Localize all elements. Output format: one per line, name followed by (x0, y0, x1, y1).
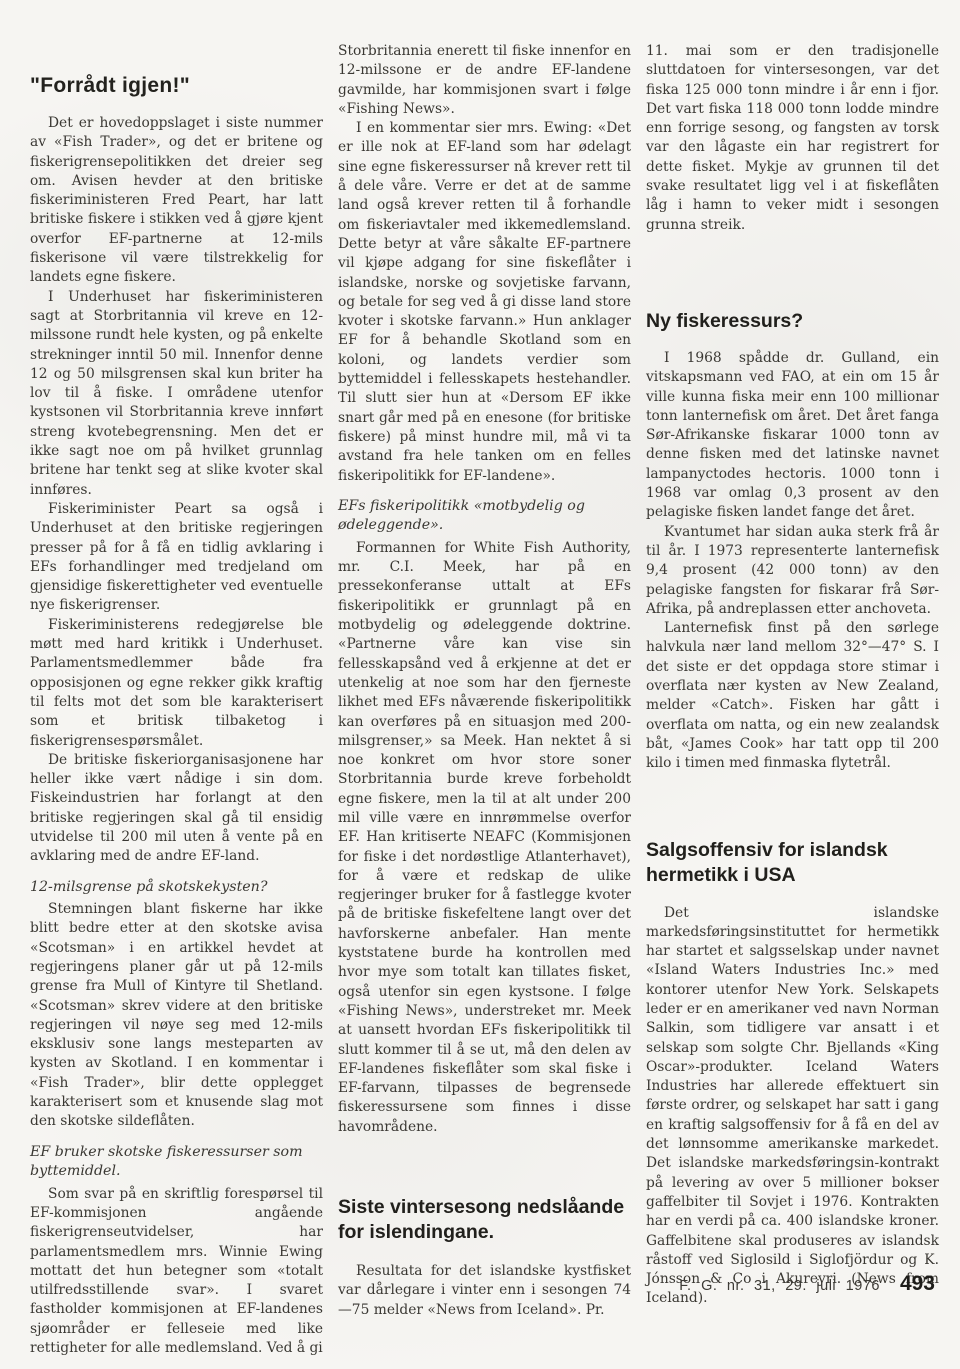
italic-subheading: EFs fiskeripolitikk «motbydelig og ødele… (338, 497, 631, 536)
paragraph: Lanternefisk finst på den sørlege halvku… (646, 619, 939, 773)
italic-subheading: EF bruker skotske fiskeressurser som byt… (30, 1143, 323, 1182)
paragraph-continuation: Storbritannia enerett til fiske innenfor… (338, 42, 631, 119)
paragraph: De britiske fiskeriorganisasjonene har h… (30, 751, 323, 867)
magazine-page: "Forrådt igjen!" Det er hovedoppslaget i… (0, 0, 960, 1369)
paragraph: I en kommentar sier mrs. Ewing: «Det er … (338, 119, 631, 486)
column-1: "Forrådt igjen!" Det er hovedoppslaget i… (30, 42, 323, 1358)
paragraph-continuation: 11. mai som er den tradisjonelle sluttda… (646, 42, 939, 235)
paragraph: Fiskeriministerens redegjørelse ble møtt… (30, 616, 323, 751)
page-number: 493 (900, 1272, 935, 1296)
section-heading: Ny fiskeressurs? (646, 309, 939, 334)
section-heading: Siste vintersesong nedslåande for islend… (338, 1195, 631, 1245)
paragraph: Fiskeriminister Peart sa også i Underhus… (30, 500, 323, 616)
column-2: Storbritannia enerett til fiske innenfor… (338, 42, 631, 1358)
paragraph: Formannen for White Fish Authority, mr. … (338, 539, 631, 1137)
paragraph: Som svar på en skriftlig forespørsel til… (30, 1185, 323, 1359)
paragraph: Resultata for det islandske kystfisket v… (338, 1262, 631, 1320)
paragraph: Det islandske markedsføringsinstituttet … (646, 904, 939, 1309)
article-title: "Forrådt igjen!" (30, 74, 323, 98)
issue-reference: F. G. nr. 31, 29. juli 1976 (679, 1278, 880, 1294)
paragraph: I 1968 spådde dr. Gulland, ein vitskapsm… (646, 349, 939, 523)
section-heading: Salgsoffensiv for islandsk hermetikk i U… (646, 838, 939, 888)
paragraph: Stemningen blant fiskerne har ikke blitt… (30, 900, 323, 1132)
column-layout: "Forrådt igjen!" Det er hovedoppslaget i… (0, 0, 960, 1358)
paragraph: Kvantumet har sidan auka sterk frå år ti… (646, 523, 939, 619)
column-3: 11. mai som er den tradisjonelle sluttda… (646, 42, 939, 1358)
italic-subheading: 12-milsgrense på skotskekysten? (30, 878, 323, 898)
paragraph: Det er hovedoppslaget i siste nummer av … (30, 114, 323, 288)
paragraph: I Underhuset har fiskeriministeren sagt … (30, 288, 323, 500)
page-footer: F. G. nr. 31, 29. juli 1976 493 (642, 1272, 935, 1296)
